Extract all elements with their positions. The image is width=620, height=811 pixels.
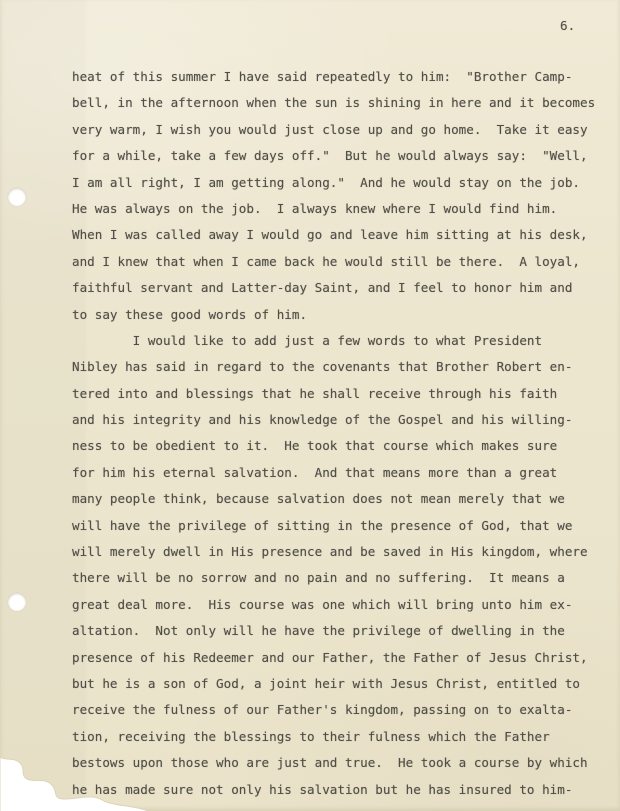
text-line: tered into and blessings that he shall r…: [72, 381, 602, 407]
text-line: faithful servant and Latter-day Saint, a…: [72, 275, 602, 301]
text-line: for a while, take a few days off." But h…: [72, 143, 602, 169]
text-line: great deal more. His course was one whic…: [72, 592, 602, 618]
text-line: presence of his Redeemer and our Father,…: [72, 645, 602, 671]
text-line: but he is a son of God, a joint heir wit…: [72, 671, 602, 697]
text-line: will have the privilege of sitting in th…: [72, 513, 602, 539]
page-number: 6.: [560, 18, 575, 33]
text-line: tion, receiving the blessings to their f…: [72, 724, 602, 750]
text-line: for him his eternal salvation. And that …: [72, 460, 602, 486]
text-line: When I was called away I would go and le…: [72, 222, 602, 248]
text-line: I am all right, I am getting along." And…: [72, 170, 602, 196]
text-line: heat of this summer I have said repeated…: [72, 64, 602, 90]
torn-corner: [0, 749, 170, 811]
text-line: will merely dwell in His presence and be…: [72, 539, 602, 565]
text-line: very warm, I wish you would just close u…: [72, 117, 602, 143]
text-line: ness to be obedient to it. He took that …: [72, 433, 602, 459]
text-line: He was always on the job. I always knew …: [72, 196, 602, 222]
text-line: bell, in the afternoon when the sun is s…: [72, 90, 602, 116]
text-line: altation. Not only will he have the priv…: [72, 618, 602, 644]
text-line: to say these good words of him.: [72, 302, 602, 328]
text-line: receive the fulness of our Father's king…: [72, 697, 602, 723]
text-line: and his integrity and his knowledge of t…: [72, 407, 602, 433]
text-line: many people think, because salvation doe…: [72, 486, 602, 512]
document-body: heat of this summer I have said repeated…: [72, 64, 602, 803]
text-line: Nibley has said in regard to the covenan…: [72, 354, 602, 380]
text-line: there will be no sorrow and no pain and …: [72, 565, 602, 591]
text-line: and I knew that when I came back he woul…: [72, 249, 602, 275]
scanned-page: 6. heat of this summer I have said repea…: [0, 0, 620, 811]
hole-punch-bottom: [8, 593, 26, 611]
text-line: I would like to add just a few words to …: [72, 328, 602, 354]
hole-punch-top: [8, 188, 26, 206]
